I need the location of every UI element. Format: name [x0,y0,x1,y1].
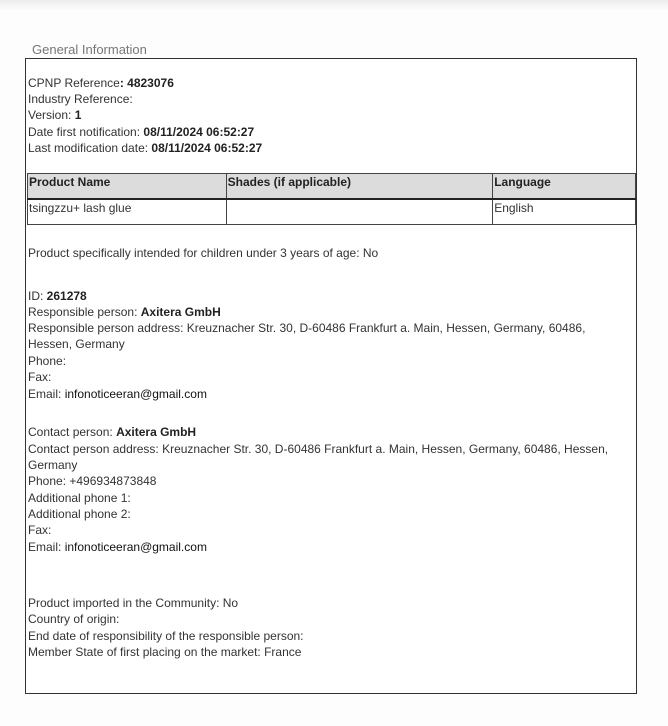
cell-language: English [493,199,636,225]
member-state-first-placing: Member State of first placing on the mar… [28,644,301,660]
table-header-row: Product Name Shades (if applicable) Lang… [28,174,636,200]
contact-person-additional-phone-1: Additional phone 1: [28,490,131,506]
column-header-product-name: Product Name [28,174,227,200]
last-modification-date: Last modification date: 08/11/2024 06:52… [28,140,262,156]
country-of-origin: Country of origin: [28,611,119,627]
contact-person-fax: Fax: [28,522,51,538]
responsible-person-id: ID: 261278 [28,288,87,304]
column-header-language: Language [493,174,636,200]
responsible-person-address: Responsible person address: Kreuznacher … [28,320,628,352]
responsible-person-fax: Fax: [28,369,51,385]
contact-person-name: Contact person: Axitera GmbH [28,424,196,440]
date-first-notification: Date first notification: 08/11/2024 06:5… [28,124,254,140]
contact-person-email-value: infonoticeeran@gmail.com [65,540,207,554]
contact-person-additional-phone-2: Additional phone 2: [28,506,131,522]
responsible-person-name: Responsible person: Axitera GmbH [28,304,221,320]
top-shadow [0,0,668,10]
section-title: General Information [32,42,147,57]
cell-product-name: tsingzzu+ lash glue [28,199,227,225]
product-imported: Product imported in the Community: No [28,595,238,611]
contact-person-phone: Phone: +496934873848 [28,473,156,489]
industry-reference: Industry Reference: [28,91,133,107]
version: Version: 1 [28,107,81,123]
contact-person-email: Email: infonoticeeran@gmail.com [28,539,207,555]
column-header-shades: Shades (if applicable) [226,174,493,200]
children-under-3: Product specifically intended for childr… [28,245,378,261]
responsible-person-email-value: infonoticeeran@gmail.com [65,387,207,401]
cpnp-reference: CPNP Reference: 4823076 [28,75,174,91]
responsible-person-email: Email: infonoticeeran@gmail.com [28,386,207,402]
general-information-panel: CPNP Reference: 4823076 Industry Referen… [25,58,637,694]
contact-person-address: Contact person address: Kreuznacher Str.… [28,441,628,473]
responsible-person-phone: Phone: [28,353,66,369]
end-date-responsibility: End date of responsibility of the respon… [28,628,304,644]
table-row: tsingzzu+ lash glue English [28,199,636,225]
cell-shades [226,199,493,225]
products-table: Product Name Shades (if applicable) Lang… [27,173,636,225]
